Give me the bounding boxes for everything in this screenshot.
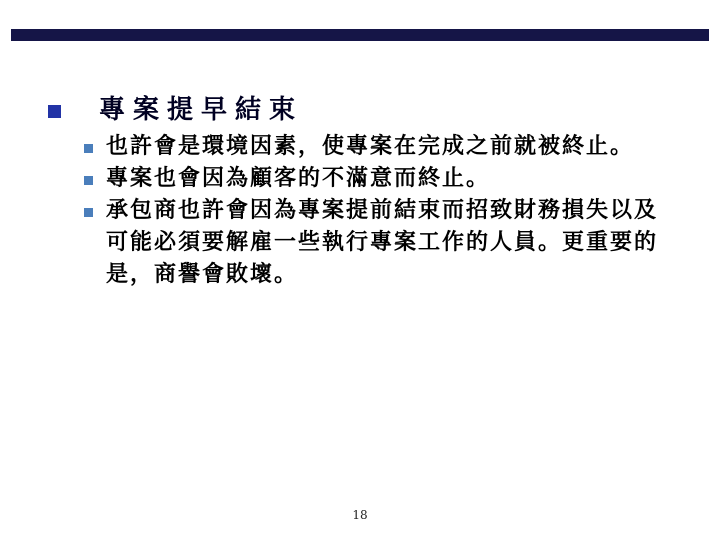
bullet-line: 可能必須要解雇一些執行專案工作的人員。更重要的	[106, 226, 658, 258]
top-divider-bar	[11, 29, 709, 41]
bullet-line: 也許會是環境因素，使專案在完成之前就被終止。	[106, 130, 634, 162]
bullet-square-icon	[84, 208, 93, 217]
bullet-line: 是，商譽會敗壞。	[106, 258, 658, 290]
bullet-text: 也許會是環境因素，使專案在完成之前就被終止。	[106, 130, 634, 162]
slide-title: 專案提早結束	[99, 94, 303, 126]
bullet-item: 承包商也許會因為專案提前結束而招致財務損失以及 可能必須要解雇一些執行專案工作的…	[84, 194, 658, 290]
title-bullet-square-icon	[48, 105, 61, 118]
bullet-square-icon	[84, 176, 93, 185]
bullet-line: 承包商也許會因為專案提前結束而招致財務損失以及	[106, 194, 658, 226]
bullet-square-icon	[84, 144, 93, 153]
bullet-text: 承包商也許會因為專案提前結束而招致財務損失以及 可能必須要解雇一些執行專案工作的…	[106, 194, 658, 290]
bullet-item: 也許會是環境因素，使專案在完成之前就被終止。	[84, 130, 634, 162]
slide-title-row: 專案提早結束	[48, 94, 303, 126]
bullet-text: 專案也會因為顧客的不滿意而終止。	[106, 162, 490, 194]
bullet-item: 專案也會因為顧客的不滿意而終止。	[84, 162, 490, 194]
page-number: 18	[0, 508, 720, 522]
bullet-line: 專案也會因為顧客的不滿意而終止。	[106, 162, 490, 194]
slide: 專案提早結束 也許會是環境因素，使專案在完成之前就被終止。 專案也會因為顧客的不…	[0, 0, 720, 540]
